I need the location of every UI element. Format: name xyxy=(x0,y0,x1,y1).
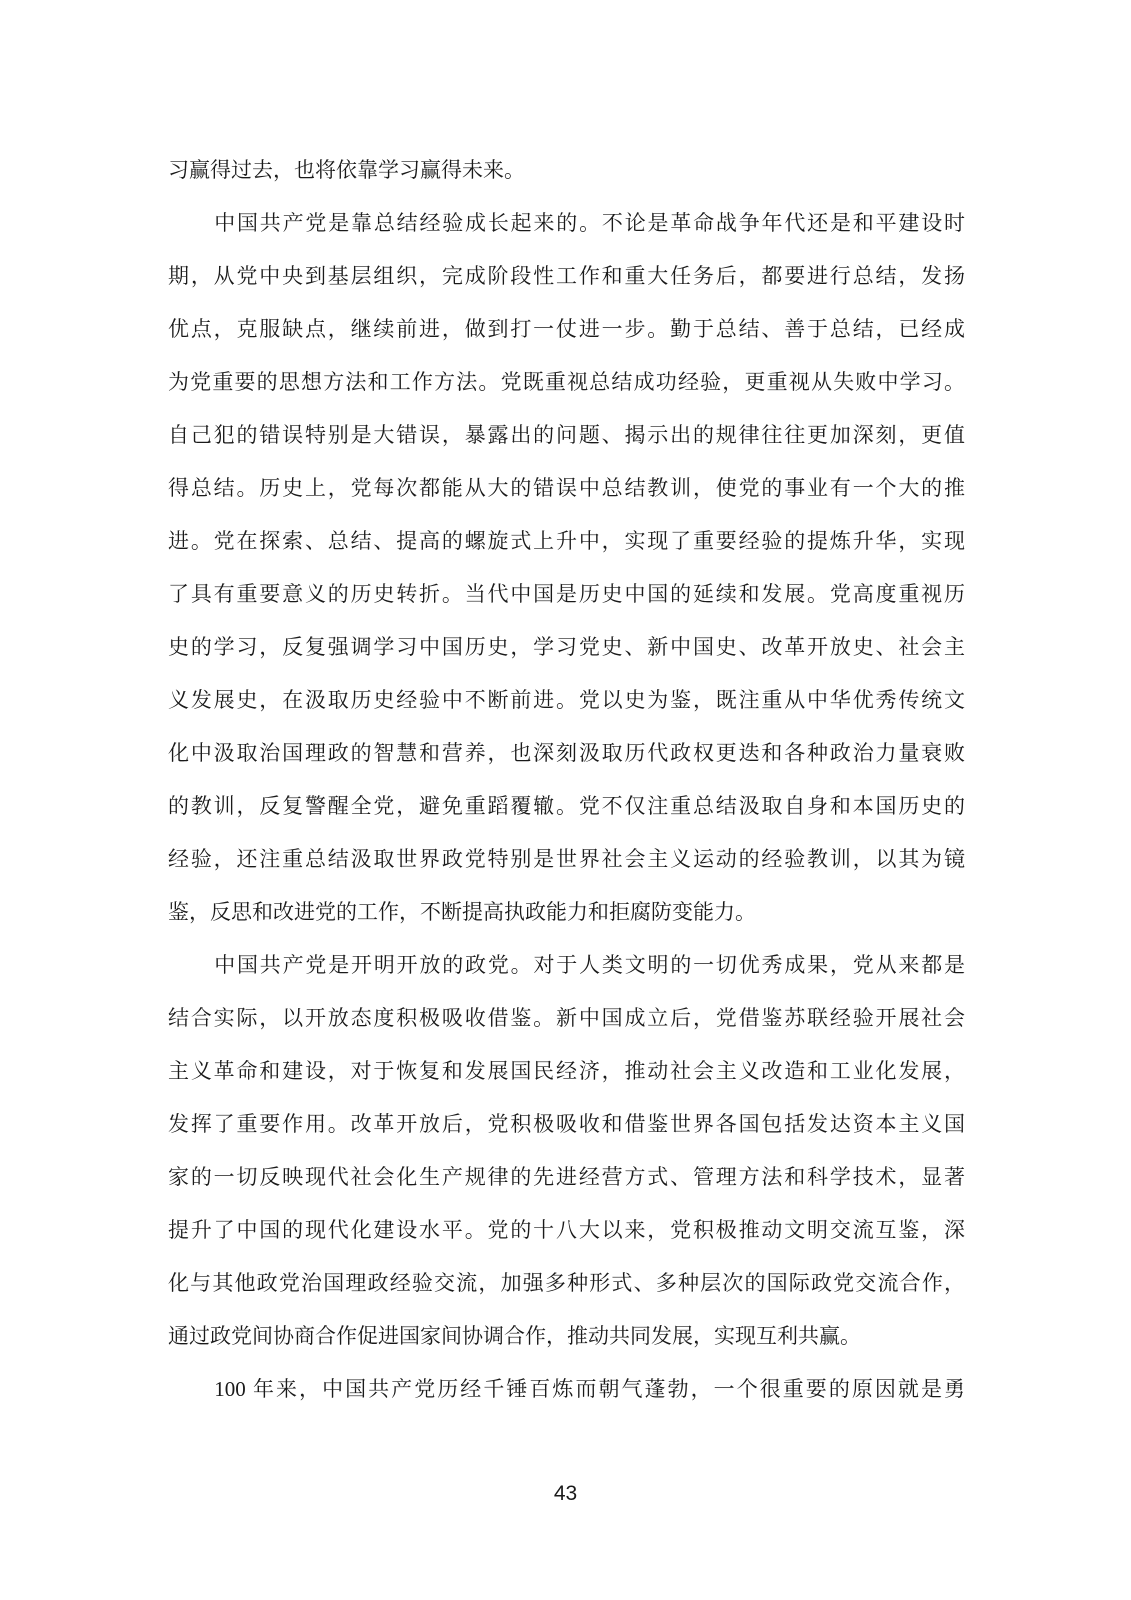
text-line: 自己犯的错误特别是大错误，暴露出的问题、揭示出的规律往往更加深刻，更值 xyxy=(168,409,965,462)
text-line: 鉴，反思和改进党的工作，不断提高执政能力和拒腐防变能力。 xyxy=(168,886,965,939)
text-line: 习赢得过去，也将依靠学习赢得未来。 xyxy=(168,144,965,197)
text-line: 家的一切反映现代社会化生产规律的先进经营方式、管理方法和科学技术，显著 xyxy=(168,1151,965,1204)
text-line: 进。党在探索、总结、提高的螺旋式上升中，实现了重要经验的提炼升华，实现 xyxy=(168,515,965,568)
text-line: 了具有重要意义的历史转折。当代中国是历史中国的延续和发展。党高度重视历 xyxy=(168,568,965,621)
text-line: 主义革命和建设，对于恢复和发展国民经济，推动社会主义改造和工业化发展， xyxy=(168,1045,965,1098)
text-line: 为党重要的思想方法和工作方法。党既重视总结成功经验，更重视从失败中学习。 xyxy=(168,356,965,409)
text-line: 的教训，反复警醒全党，避免重蹈覆辙。党不仅注重总结汲取自身和本国历史的 xyxy=(168,780,965,833)
text-line: 提升了中国的现代化建设水平。党的十八大以来，党积极推动文明交流互鉴，深 xyxy=(168,1204,965,1257)
text-line: 史的学习，反复强调学习中国历史，学习党史、新中国史、改革开放史、社会主 xyxy=(168,621,965,674)
text-line: 期，从党中央到基层组织，完成阶段性工作和重大任务后，都要进行总结，发扬 xyxy=(168,250,965,303)
text-line: 得总结。历史上，党每次都能从大的错误中总结教训，使党的事业有一个大的推 xyxy=(168,462,965,515)
text-line: 经验，还注重总结汲取世界政党特别是世界社会主义运动的经验教训，以其为镜 xyxy=(168,833,965,886)
text-line: 义发展史，在汲取历史经验中不断前进。党以史为鉴，既注重从中华优秀传统文 xyxy=(168,674,965,727)
text-line: 结合实际，以开放态度积极吸收借鉴。新中国成立后，党借鉴苏联经验开展社会 xyxy=(168,992,965,1045)
text-line: 发挥了重要作用。改革开放后，党积极吸收和借鉴世界各国包括发达资本主义国 xyxy=(168,1098,965,1151)
document-body: 习赢得过去，也将依靠学习赢得未来。中国共产党是靠总结经验成长起来的。不论是革命战… xyxy=(168,144,965,1416)
text-line: 优点，克服缺点，继续前进，做到打一仗进一步。勤于总结、善于总结，已经成 xyxy=(168,303,965,356)
text-line: 化中汲取治国理政的智慧和营养，也深刻汲取历代政权更迭和各种政治力量衰败 xyxy=(168,727,965,780)
text-line: 100 年来，中国共产党历经千锤百炼而朝气蓬勃，一个很重要的原因就是勇 xyxy=(168,1363,965,1416)
document-page: 习赢得过去，也将依靠学习赢得未来。中国共产党是靠总结经验成长起来的。不论是革命战… xyxy=(0,0,1131,1600)
page-number: 43 xyxy=(0,1482,1131,1506)
text-line: 中国共产党是开明开放的政党。对于人类文明的一切优秀成果，党从来都是 xyxy=(168,939,965,992)
text-line: 中国共产党是靠总结经验成长起来的。不论是革命战争年代还是和平建设时 xyxy=(168,197,965,250)
text-line: 化与其他政党治国理政经验交流，加强多种形式、多种层次的国际政党交流合作， xyxy=(168,1257,965,1310)
text-line: 通过政党间协商合作促进国家间协调合作，推动共同发展，实现互利共赢。 xyxy=(168,1310,965,1363)
